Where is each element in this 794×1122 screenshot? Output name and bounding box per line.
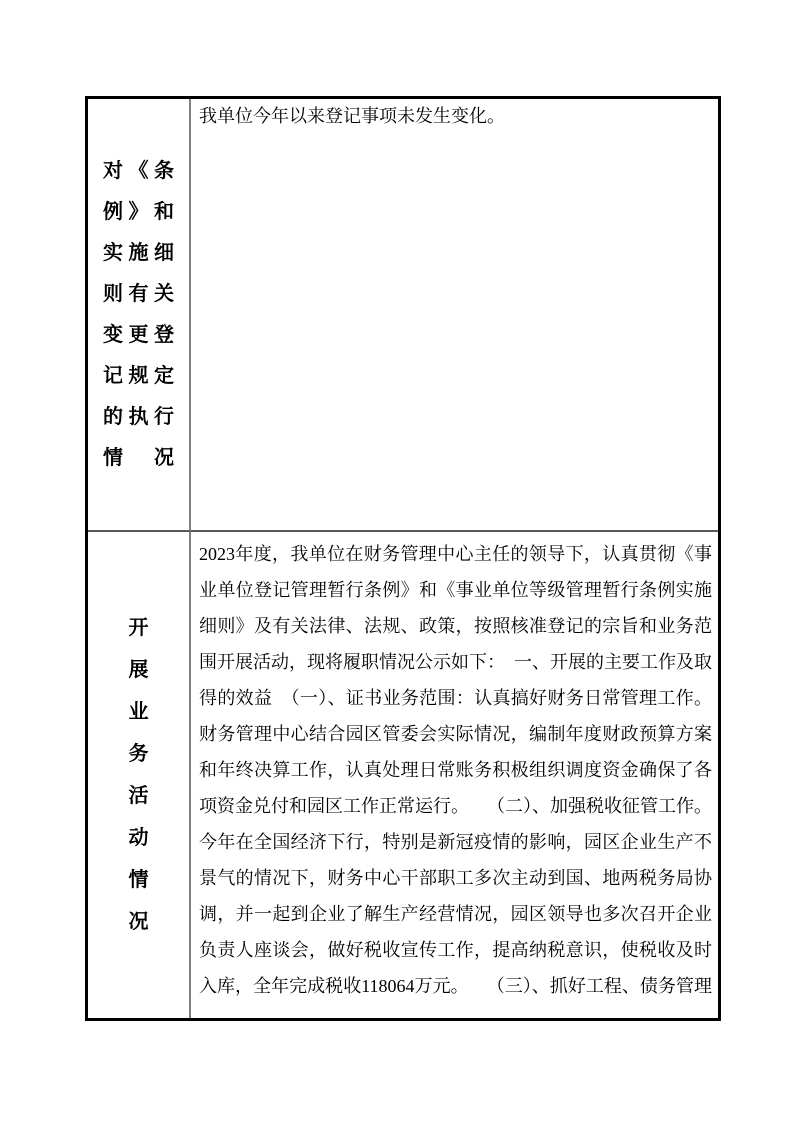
row2-content-line: 业单位登记管理暂行条例》和《事业单位等级管理暂行条例实施 <box>199 572 712 608</box>
annual-report-table: 对《条例》和实施细则有关变更登记规定的执行情 况 我单位今年以来登记事项未发生变… <box>85 96 721 1021</box>
row2-label-char: 展 <box>103 649 174 691</box>
row1-label-cell-change-registration-compliance: 对《条例》和实施细则有关变更登记规定的执行情 况 <box>88 99 191 532</box>
row1-label-line: 的执行 <box>103 397 174 438</box>
row2-label-char: 开 <box>103 607 174 649</box>
row1-content-line: 我单位今年以来登记事项未发生变化。 <box>199 100 712 132</box>
row1-content-cell-change-registration-statement: 我单位今年以来登记事项未发生变化。 <box>191 99 718 532</box>
row2-label-cell-business-activities: 开展业务活动情况 <box>88 532 191 1018</box>
row2-label-char: 动 <box>103 817 174 859</box>
row2-label-char: 业 <box>103 691 174 733</box>
row2-content-line: 入库，全年完成税收118064万元。 （三）、抓好工程、债务管理 <box>199 968 712 1004</box>
row2-label-char: 活 <box>103 775 174 817</box>
row2-content-cell-business-activities-report: 2023年度，我单位在财务管理中心主任的领导下，认真贯彻《事业单位登记管理暂行条… <box>191 532 718 1018</box>
row1-label-line: 情 况 <box>103 438 174 479</box>
row2-label-char: 情 <box>103 859 174 901</box>
row2-content-line: 负责人座谈会，做好税收宣传工作，提高纳税意识，使税收及时 <box>199 932 712 968</box>
row2-label-char: 务 <box>103 733 174 775</box>
row2-content-line: 项资金兑付和园区工作正常运行。 （二）、加强税收征管工作。 <box>199 788 712 824</box>
row1-label-line: 实施细 <box>103 233 174 274</box>
row2-content-line: 2023年度，我单位在财务管理中心主任的领导下，认真贯彻《事 <box>199 536 712 572</box>
row2-content-line: 围开展活动，现将履职情况公示如下： 一、开展的主要工作及取 <box>199 644 712 680</box>
row2-content-line: 和年终决算工作，认真处理日常账务积极组织调度资金确保了各 <box>199 752 712 788</box>
row1-label-line: 对《条 <box>103 151 174 192</box>
row2-content-line: 景气的情况下，财务中心干部职工多次主动到国、地两税务局协 <box>199 860 712 896</box>
row1-label-line: 记规定 <box>103 356 174 397</box>
row2-content-line: 调，并一起到企业了解生产经营情况，园区领导也多次召开企业 <box>199 896 712 932</box>
row1-label-line: 变更登 <box>103 315 174 356</box>
row1-label-line: 则有关 <box>103 274 174 315</box>
row2-label-char: 况 <box>103 901 174 943</box>
row2-content-line: 细则》及有关法律、法规、政策，按照核准登记的宗旨和业务范 <box>199 608 712 644</box>
row2-content-line: 财务管理中心结合园区管委会实际情况，编制年度财政预算方案 <box>199 716 712 752</box>
row1-label-line: 例》和 <box>103 192 174 233</box>
row2-content-line: 今年在全国经济下行，特别是新冠疫情的影响，园区企业生产不 <box>199 824 712 860</box>
row2-content-line: 得的效益 （一）、证书业务范围：认真搞好财务日常管理工作。 <box>199 680 712 716</box>
